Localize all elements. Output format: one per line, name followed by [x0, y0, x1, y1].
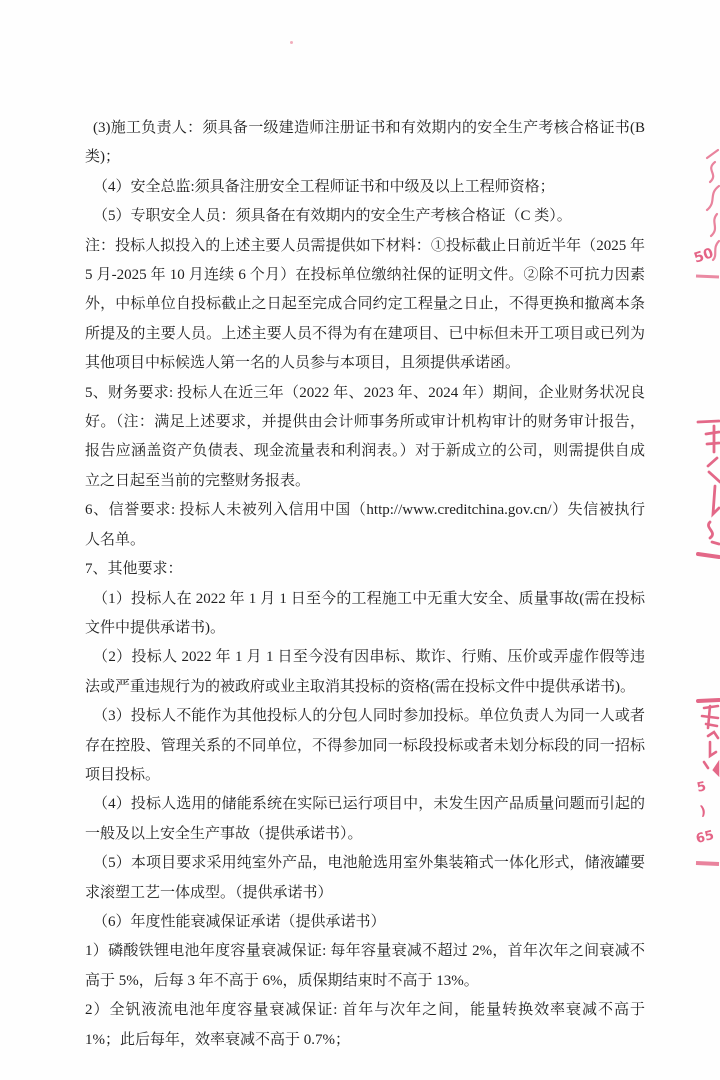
paragraph-other-6: （6）年度性能衰减保证承诺（提供承诺书） — [85, 908, 645, 937]
paragraph-other-2: （2）投标人 2022 年 1 月 1 日至今没有因串标、欺诈、行贿、压价或弄虚… — [85, 643, 645, 702]
seal-fragment-underline-icon — [694, 272, 720, 280]
seal-fragment-icon — [690, 145, 720, 263]
seal-fragment-icon — [690, 698, 720, 778]
paragraph-decay-lfp: 1）磷酸铁锂电池年度容量衰减保证: 每年容量衰减不超过 2%，首年次年之间衰减不… — [85, 937, 645, 996]
seal-fragment-icon — [692, 418, 720, 563]
red-speck — [290, 41, 293, 44]
paragraph-7-other-heading: 7、其他要求： — [85, 555, 645, 584]
seal-fragment-underline-icon — [694, 858, 720, 868]
paragraph-item-5-personnel: （5）专职安全人员：须具备在有效期内的安全生产考核合格证（C 类）。 — [85, 202, 645, 231]
paragraph-decay-vanadium: 2）全钒液流电池年度容量衰减保证: 首年与次年之间，能量转换效率衰减不高于 1%… — [85, 996, 645, 1055]
paragraph-other-5: （5）本项目要求采用纯室外产品，电池舱选用室外集装箱式一体化形式，储液罐要求滚塑… — [85, 849, 645, 908]
paragraph-other-4: （4）投标人选用的储能系统在实际已运行项目中，未发生因产品质量问题而引起的一般及… — [85, 790, 645, 849]
paragraph-6-credit: 6、信誉要求: 投标人未被列入信用中国（http://www.creditchi… — [85, 496, 645, 555]
paragraph-other-3: （3）投标人不能作为其他投标人的分包人同时参加投标。单位负责人为同一人或者存在控… — [85, 702, 645, 790]
document-body: (3)施工负责人：须具备一级建造师注册证书和有效期内的安全生产考核合格证书(B … — [85, 114, 645, 1055]
paragraph-other-1: （1）投标人在 2022 年 1 月 1 日至今的工程施工中无重大安全、质量事故… — [85, 585, 645, 644]
seal-fragment-text: 5 — [696, 779, 708, 796]
paragraph-item-4-personnel: （4）安全总监:须具备注册安全工程师证书和中级及以上工程师资格； — [85, 173, 645, 202]
seal-fragment-text: 65 — [694, 828, 715, 847]
paragraph-item-3-personnel: (3)施工负责人：须具备一级建造师注册证书和有效期内的安全生产考核合格证书(B … — [85, 114, 645, 173]
scanned-page: (3)施工负责人：须具备一级建造师注册证书和有效期内的安全生产考核合格证书(B … — [0, 0, 720, 1080]
paragraph-note: 注：投标人拟投入的上述主要人员需提供如下材料：①投标截止日前近半年（2025 年… — [85, 232, 645, 379]
seal-fragment-text: ) — [699, 804, 707, 820]
seal-fragment-text: 50 — [692, 245, 715, 266]
paragraph-5-finance: 5、财务要求: 投标人在近三年（2022 年、2023 年、2024 年）期间，… — [85, 379, 645, 497]
